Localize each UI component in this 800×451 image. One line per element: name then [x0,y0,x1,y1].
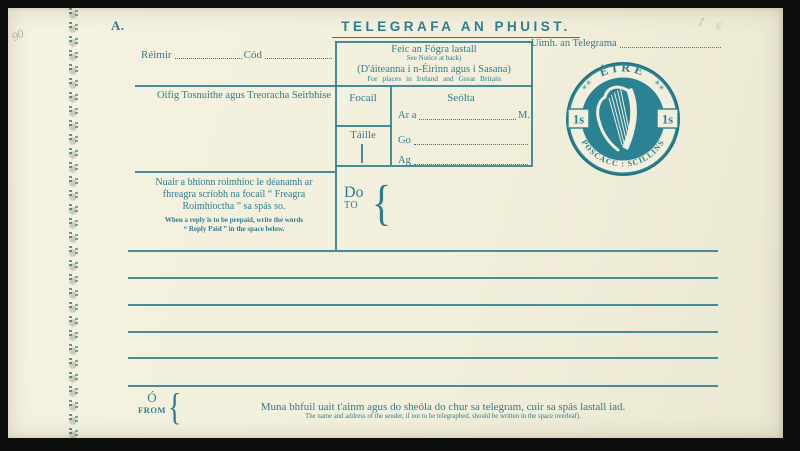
addressee-irish-label: Do [344,185,364,201]
rule-under-routing [135,85,533,87]
reply-note-english-line: “ Reply Paid ” in the space below. [135,225,333,234]
sent-at-label: Ar a [398,111,416,122]
form-title: TELEGRAFA AN PHUIST. [332,19,580,38]
footer-instruction: Muna bhfuil uait t'ainm agus do sheóla d… [204,401,682,421]
notice-places-english: For places in Ireland and Great Britain [337,75,531,83]
cod-label: Cód [244,50,262,61]
addressee-brace: { [372,173,391,232]
dotted-leader [265,58,332,59]
denomination-right: 1s [662,113,673,127]
message-line [128,331,718,333]
dotted-leader [620,47,721,48]
pencil-annotation: 90 [9,26,27,45]
telegram-form-paper: 90 1 6 A. TELEGRAFA AN PHUIST. Uimh. an … [8,8,783,438]
dotted-leader [175,58,242,59]
telegram-number-label: Uimh. an Telegrama [531,39,617,50]
sent-by-field: Ag [398,156,530,167]
postage-stamp: ÉIRE ✳✳ ✳✳ POSCACC : SCILLINS 1s 1s [564,60,682,178]
dotted-leader [419,119,516,120]
dotted-leader [414,144,528,145]
sent-at-field: Ar a M. [398,111,530,122]
sender-brace: { [168,387,181,430]
fee-label: Táille [335,129,391,141]
sent-at-suffix: M. [518,111,530,122]
notice-box: Feic an Fógra lastall See Notice at back… [337,44,531,83]
sender-english-label: FROM [135,406,169,415]
rule-reply-note-top [135,171,335,173]
telegram-number-field: Uimh. an Telegrama [531,39,723,50]
reply-note-irish-line: fhreagra scríobh na focail “ Freagra [135,189,333,201]
perforation-strip [65,8,82,438]
pencil-annotation: 6 [715,21,722,33]
perforation-marks [75,8,78,438]
message-line [128,304,718,306]
words-label: Focail [335,92,391,104]
sent-by-label: Ag [398,156,411,167]
sent-to-label: Go [398,136,411,147]
message-line [128,385,718,387]
footer-english: The name and address of the sender, if n… [204,413,682,420]
denomination-left: 1s [573,113,584,127]
message-line [128,250,718,252]
office-of-origin-header: Oifig Tosnuithe agus Treoracha Seirbhise [136,90,331,101]
reply-paid-note: Nuair a bhíonn roimhíoc le déanamh ar fh… [135,177,333,234]
fee-entry-tick [361,144,363,163]
reply-note-irish-line: Roimhíoctha ” sa spás so. [135,201,333,213]
reimir-label: Réimir [141,50,172,61]
reply-note-english-line: When a reply is to be prepaid, write the… [135,216,333,225]
addressee-block: Do TO [344,185,364,211]
sent-to-field: Go [398,136,530,147]
rule-words-fee-divider [335,125,391,127]
perforation-marks [69,8,72,438]
sent-label: Seólta [390,92,532,104]
message-line [128,357,718,359]
rule-box-top [335,41,533,43]
reply-note-irish-line: Nuair a bhíonn roimhíoc le déanamh ar [135,177,333,189]
notice-english: See Notice at back) [337,55,531,62]
sender-irish-label: Ó [135,391,169,404]
pencil-annotation: 1 [696,13,707,30]
routing-field: Réimir Cód [141,50,334,61]
dotted-leader [414,164,528,165]
sender-block: Ó FROM [135,391,169,415]
form-series-label: A. [111,18,125,34]
footer-irish: Muna bhfuil uait t'ainm agus do sheóla d… [204,401,682,413]
message-line [128,277,718,279]
addressee-english-label: TO [344,201,364,211]
